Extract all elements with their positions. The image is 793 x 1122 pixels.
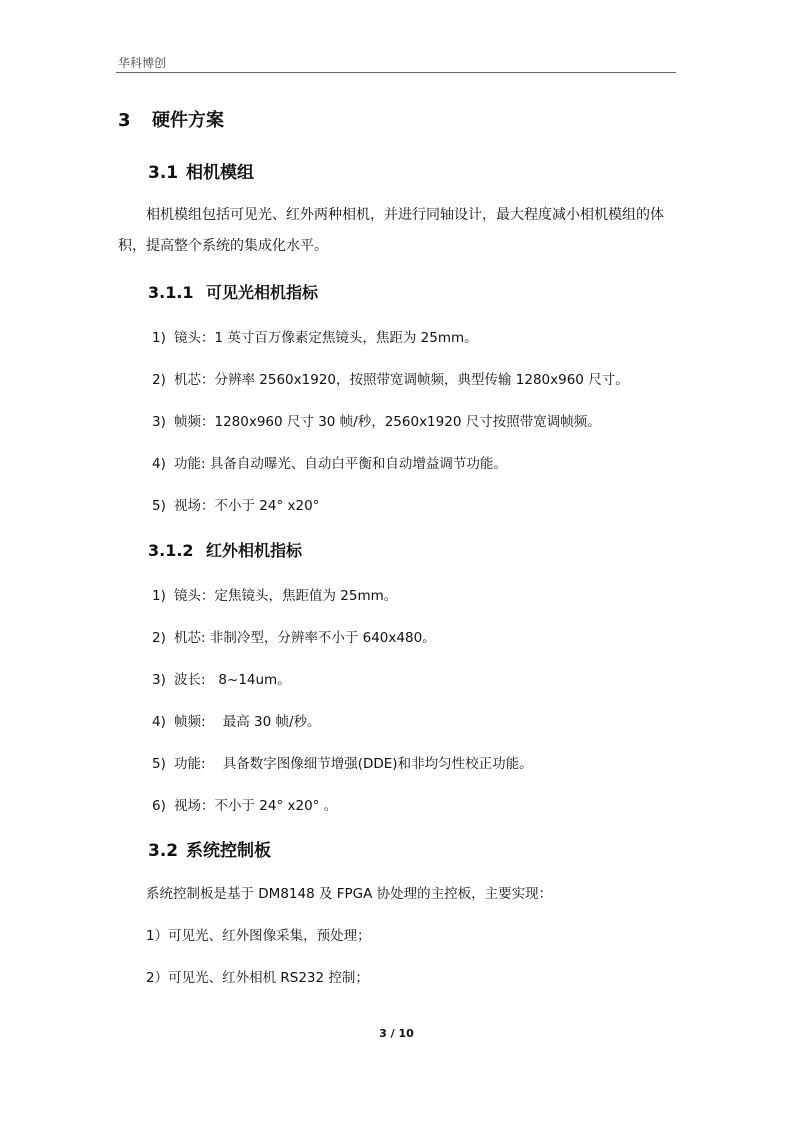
item-text: 帧频：1280x960 尺寸 30 帧/秒，2560x1920 尺寸按照带宽调帧…	[174, 414, 601, 430]
subsection-number: 3.2	[148, 841, 186, 861]
section-number: 3	[118, 110, 152, 131]
list-item: 4)帧频: 最高 30 帧/秒。	[152, 710, 321, 730]
item-number: 4)	[152, 456, 174, 472]
item-text: 镜头：1 英寸百万像素定焦镜头，焦距为 25mm。	[174, 330, 478, 346]
item-number: 1)	[152, 330, 174, 346]
item-number: 2)	[152, 372, 174, 388]
list-item: 4)功能: 具备自动曝光、自动白平衡和自动增益调节功能。	[152, 452, 507, 472]
list-item: 1)镜头：定焦镜头，焦距值为 25mm。	[152, 584, 397, 604]
item-text: 机芯: 非制冷型，分辨率不小于 640x480。	[174, 630, 436, 646]
item-number: 5)	[152, 756, 174, 772]
item-number: 3)	[152, 414, 174, 430]
item-text: 帧频: 最高 30 帧/秒。	[174, 714, 321, 730]
header-divider	[116, 72, 676, 73]
item-number: 6)	[152, 798, 174, 814]
list-item: 5)视场：不小于 24° x20°	[152, 494, 319, 514]
list-item: 1）可见光、红外图像采集，预处理；	[146, 924, 371, 944]
item-text: 功能: 具备自动曝光、自动白平衡和自动增益调节功能。	[174, 456, 507, 472]
section-heading: 3硬件方案	[118, 106, 224, 132]
item-text: 机芯：分辨率 2560x1920，按照带宽调帧频，典型传输 1280x960 尺…	[174, 372, 629, 388]
subsection-number: 3.1.2	[148, 541, 206, 560]
list-item: 3)波长: 8~14um。	[152, 668, 291, 688]
item-number: 3)	[152, 672, 174, 688]
subsection-3-1-1-heading: 3.1.1可见光相机指标	[148, 280, 318, 303]
subsection-title: 红外相机指标	[206, 541, 302, 560]
subsection-3-1-2-heading: 3.1.2红外相机指标	[148, 538, 302, 561]
item-number: 1)	[152, 588, 174, 604]
item-number: 5)	[152, 498, 174, 514]
subsection-3-2-heading: 3.2系统控制板	[148, 836, 271, 861]
subsection-number: 3.1	[148, 163, 186, 183]
subsection-title: 系统控制板	[186, 841, 271, 861]
list-item: 2)机芯: 非制冷型，分辨率不小于 640x480。	[152, 626, 436, 646]
section-title: 硬件方案	[152, 110, 224, 131]
list-item: 1)镜头：1 英寸百万像素定焦镜头，焦距为 25mm。	[152, 326, 478, 346]
item-text: 镜头：定焦镜头，焦距值为 25mm。	[174, 588, 397, 604]
subsection-3-1-heading: 3.1相机模组	[148, 158, 254, 183]
subsection-title: 相机模组	[186, 163, 254, 183]
list-item: 5)功能: 具备数字图像细节增强(DDE)和非均匀性校正功能。	[152, 752, 533, 772]
list-item: 6)视场：不小于 24° x20° 。	[152, 794, 337, 814]
item-text: 视场：不小于 24° x20° 。	[174, 798, 337, 814]
item-text: 视场：不小于 24° x20°	[174, 498, 319, 514]
list-item: 2）可见光、红外相机 RS232 控制；	[146, 966, 369, 986]
item-number: 2)	[152, 630, 174, 646]
camera-module-paragraph: 相机模组包括可见光、红外两种相机，并进行同轴设计，最大程度减小相机模组的体积，提…	[118, 200, 678, 262]
item-number: 4)	[152, 714, 174, 730]
header-company: 华科博创	[118, 54, 166, 71]
item-text: 波长: 8~14um。	[174, 672, 291, 688]
list-item: 2)机芯：分辨率 2560x1920，按照带宽调帧频，典型传输 1280x960…	[152, 368, 629, 388]
control-board-intro: 系统控制板是基于 DM8148 及 FPGA 协处理的主控板，主要实现：	[146, 882, 552, 902]
list-item: 3)帧频：1280x960 尺寸 30 帧/秒，2560x1920 尺寸按照带宽…	[152, 410, 601, 430]
subsection-title: 可见光相机指标	[206, 283, 318, 302]
page-number: 3 / 10	[0, 1027, 793, 1040]
subsection-number: 3.1.1	[148, 283, 206, 302]
item-text: 功能: 具备数字图像细节增强(DDE)和非均匀性校正功能。	[174, 756, 533, 772]
